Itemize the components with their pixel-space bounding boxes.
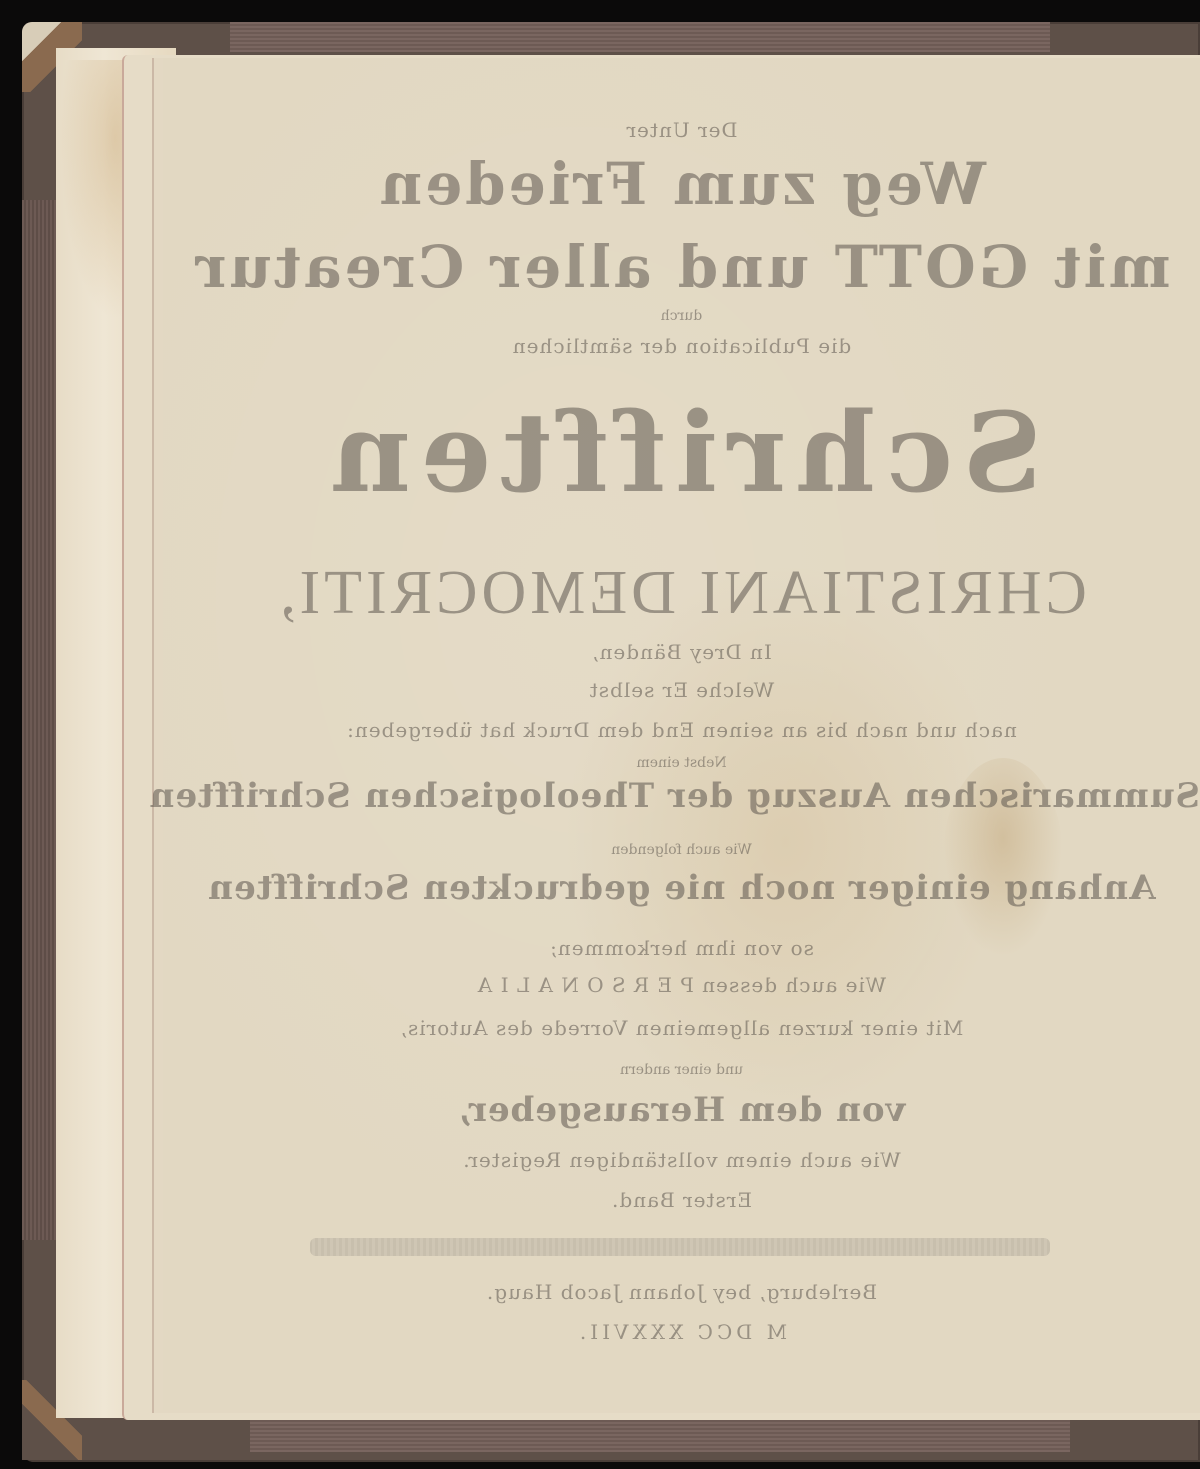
cover-left-cloth-edge <box>22 200 56 1240</box>
cover-bottom-cloth-spine <box>250 1418 1070 1452</box>
bleed-author: CHRISTIANI DEMOCRITI, <box>163 558 1200 629</box>
cover-top-cloth-spine <box>230 22 1050 52</box>
bleed-line: Summarischen Auszug der Theologischen Sc… <box>163 776 1200 816</box>
bleed-line: Welche Er selbst <box>163 678 1200 702</box>
bleed-year: M DCC XXXVII. <box>163 1320 1200 1344</box>
ornamental-rule <box>310 1238 1050 1256</box>
bleed-line: mit GOTT und aller Creatur <box>163 233 1200 301</box>
bleed-line: und einer andern <box>163 1062 1200 1078</box>
bleed-line: von dem Herausgeber, <box>163 1090 1200 1130</box>
bleed-title: Schrifften <box>163 388 1200 517</box>
bleed-line: nach und nach bis an seinen End dem Druc… <box>163 718 1200 742</box>
bleed-line: so von ihm herkommen; <box>163 936 1200 960</box>
bleed-line: Wie auch folgenden <box>163 842 1200 858</box>
bleed-line: Nebst einem <box>163 755 1200 771</box>
bleed-line: Erster Band. <box>163 1188 1200 1212</box>
bleed-line: Anhang einiger noch nie gedruckten Schri… <box>163 868 1200 908</box>
bleed-imprint: Berleburg, bey Johann Jacob Haug. <box>163 1280 1200 1304</box>
bleed-through-title-page: Der Unter Weg zum Frieden mit GOTT und a… <box>163 58 1200 1410</box>
bleed-line: Weg zum Frieden <box>163 150 1200 218</box>
bleed-line: die Publication der sämtlichen <box>163 334 1200 358</box>
bleed-line: Wie auch dessen P E R S O N A L I A <box>163 973 1200 997</box>
bleed-line: Der Unter <box>163 118 1200 142</box>
bleed-line: Mit einer kurzen allgemeinen Vorrede des… <box>163 1016 1200 1040</box>
bleed-line: durch <box>163 308 1200 324</box>
bleed-line: In Drey Bänden, <box>163 640 1200 664</box>
bleed-line: Wie auch einem vollständigen Register. <box>163 1148 1200 1172</box>
